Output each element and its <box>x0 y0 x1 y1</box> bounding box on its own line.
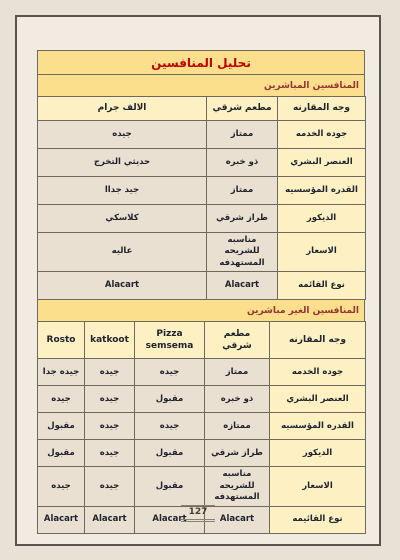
table-cell: Alacart <box>85 506 135 533</box>
table-cell: جيده <box>38 467 85 506</box>
table-row: الاسعارمناسبه للشريحه المستهدفهعاليه <box>38 233 366 272</box>
row-label: الديكور <box>270 440 366 467</box>
table-row: الاسعارمناسبه للشريحه المستهدفهمقبولجيده… <box>38 467 366 506</box>
section-heading-label: المنافسين المباشرين <box>264 81 359 91</box>
table-cell: طراز شرقي <box>205 440 270 467</box>
column-header: Pizza semsema <box>135 322 205 359</box>
row-label: نوع القائمه <box>278 272 366 300</box>
table-cell: عاليه <box>38 233 207 272</box>
table-cell: جيده <box>135 413 205 440</box>
row-label: جوده الخدمه <box>278 121 366 149</box>
row-label: القدره المؤسسيه <box>270 413 366 440</box>
table-row: العنصر البشريذو خبرهحديثي التخرج <box>38 149 366 177</box>
table-cell: حديثي التخرج <box>38 149 207 177</box>
table-cell: طراز شرقي <box>207 205 278 233</box>
header-row: وجه المقارنهمطعم شرقيPizza semsemakatkoo… <box>38 322 366 359</box>
table-cell: مناسبه للشريحه المستهدفه <box>205 467 270 506</box>
header-row: وجه المقارنهمطعم شرقيالالف جرام <box>38 97 366 121</box>
direct-competitors-table: وجه المقارنهمطعم شرقيالالف جرامجوده الخد… <box>37 96 366 300</box>
column-header: katkoot <box>85 322 135 359</box>
table-cell: جيده <box>38 386 85 413</box>
column-header: وجه المقارنه <box>278 97 366 121</box>
table-cell: مقبول <box>135 467 205 506</box>
table-cell: ذو خبره <box>205 386 270 413</box>
page-number-text: 127 <box>189 507 208 517</box>
row-label: جوده الخدمه <box>270 359 366 386</box>
column-header: مطعم شرقي <box>205 322 270 359</box>
table-cell: جيده <box>85 440 135 467</box>
section-heading-indirect-competitors: المنافسين الغير مباشرين <box>37 299 365 322</box>
column-header: وجه المقارنه <box>270 322 366 359</box>
table-cell: مقبول <box>135 440 205 467</box>
table-cell: كلاسكي <box>38 205 207 233</box>
table-cell: ممتاز <box>207 177 278 205</box>
table-cell: Alacart <box>207 272 278 300</box>
table-row: جوده الخدمهممتازجيدهجيدهجيده جدا <box>38 359 366 386</box>
table-row: العنصر البشريذو خبرهمقبولجيدهجيده <box>38 386 366 413</box>
page-number: 127 <box>181 505 215 522</box>
document-title-banner: تحليل المنافسين <box>37 50 365 75</box>
section-heading-direct-competitors: المنافسين المباشرين <box>37 74 365 97</box>
table-cell: ممتاز <box>205 359 270 386</box>
table-cell: Alacart <box>38 506 85 533</box>
table-row: القدره المؤسسيهممتازجيد جداا <box>38 177 366 205</box>
row-label: العنصر البشري <box>278 149 366 177</box>
page-border-frame: تحليل المنافسين المنافسين المباشرين وجه … <box>15 15 381 546</box>
table-cell: جيده <box>85 413 135 440</box>
table-cell: ذو خبره <box>207 149 278 177</box>
column-header: الالف جرام <box>38 97 207 121</box>
row-label: نوع القائيمه <box>270 506 366 533</box>
page-title: تحليل المنافسين <box>151 56 251 70</box>
table-cell: مناسبه للشريحه المستهدفه <box>207 233 278 272</box>
table-cell: جيده <box>38 121 207 149</box>
table-cell: مقبول <box>38 413 85 440</box>
section-heading-label: المنافسين الغير مباشرين <box>247 306 359 316</box>
table-row: الديكورطراز شرقيمقبولجيدهمقبول <box>38 440 366 467</box>
table-row: جوده الخدمهممتازجيده <box>38 121 366 149</box>
row-label: الاسعار <box>278 233 366 272</box>
document-page: { "page": { "title": "تحليل المنافسين", … <box>0 0 400 560</box>
column-header: Rosto <box>38 322 85 359</box>
table-cell: جيده <box>135 359 205 386</box>
table-cell: مقبول <box>38 440 85 467</box>
table-cell: Alacart <box>38 272 207 300</box>
row-label: العنصر البشري <box>270 386 366 413</box>
table-cell: جيده <box>85 467 135 506</box>
row-label: الديكور <box>278 205 366 233</box>
table-cell: ممتازه <box>205 413 270 440</box>
row-label: القدره المؤسسيه <box>278 177 366 205</box>
column-header: مطعم شرقي <box>207 97 278 121</box>
document-content: تحليل المنافسين المنافسين المباشرين وجه … <box>37 50 365 534</box>
table-cell: جيده <box>85 359 135 386</box>
indirect-competitors-table: وجه المقارنهمطعم شرقيPizza semsemakatkoo… <box>37 321 366 533</box>
table-cell: جيده جدا <box>38 359 85 386</box>
table-cell: مقبول <box>135 386 205 413</box>
table-row: الديكورطراز شرقيكلاسكي <box>38 205 366 233</box>
row-label: الاسعار <box>270 467 366 506</box>
table-cell: جيده <box>85 386 135 413</box>
table-cell: جيد جداا <box>38 177 207 205</box>
table-cell: ممتاز <box>207 121 278 149</box>
table-row: نوع القائمهAlacartAlacart <box>38 272 366 300</box>
table-row: القدره المؤسسيهممتازهجيدهجيدهمقبول <box>38 413 366 440</box>
